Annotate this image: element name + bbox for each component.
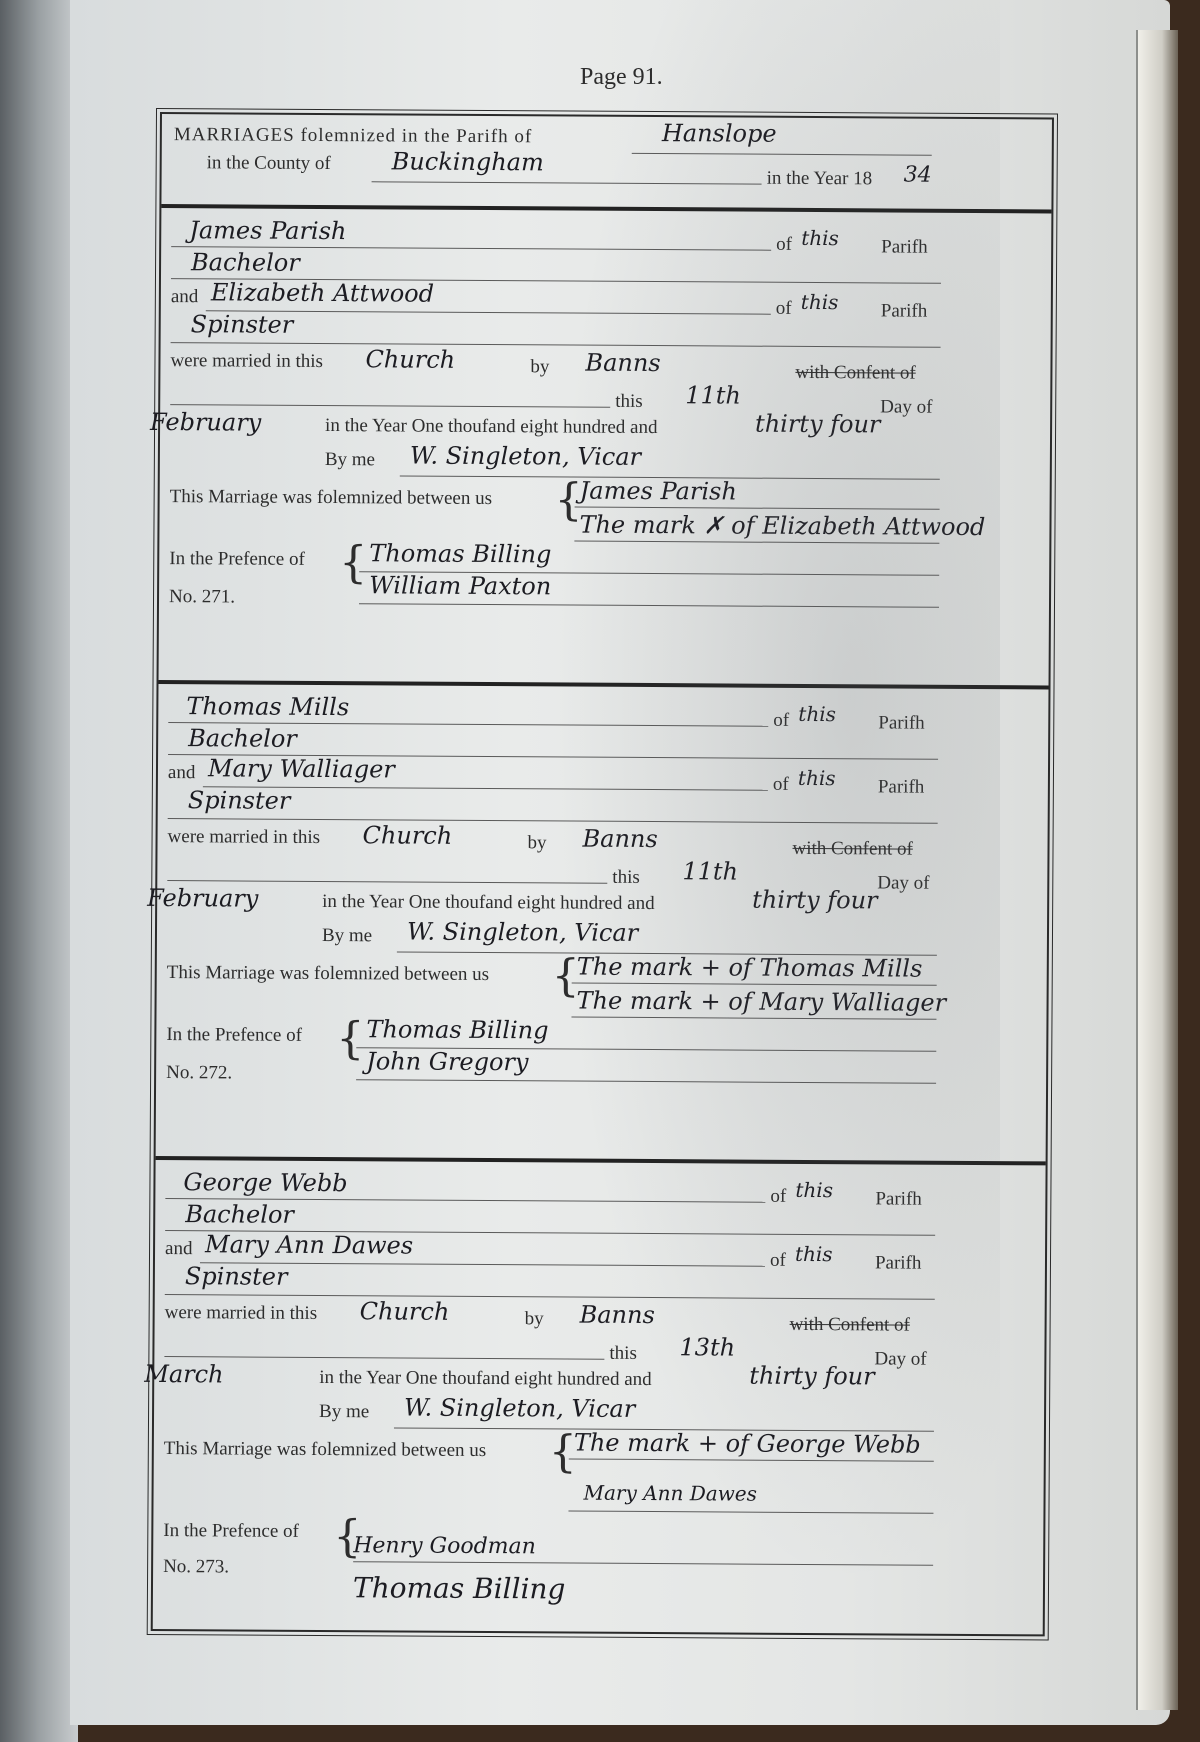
parish-label: Parifh	[875, 1188, 922, 1210]
facing-page-edge	[0, 0, 78, 1742]
bride-parish: this	[795, 1242, 833, 1266]
party-signature-1: James Parish	[580, 477, 737, 506]
groom-name: George Webb	[183, 1168, 347, 1197]
marriage-place: Church	[365, 345, 455, 374]
year-in-words: thirty four	[755, 410, 881, 439]
of-label: of	[776, 298, 792, 320]
marriage-day: 11th	[685, 381, 741, 409]
parish-label: Parifh	[881, 300, 928, 322]
with-consent-label: with Confent of	[795, 362, 915, 385]
groom-parish: this	[801, 226, 839, 250]
with-consent-label: with Confent of	[790, 1314, 910, 1337]
and-label: and	[171, 286, 199, 308]
officiant-signature: W. Singleton, Vicar	[410, 442, 641, 471]
were-married-label: were married in this	[170, 350, 323, 373]
witness-2: Thomas Billing	[353, 1571, 566, 1605]
of-label: of	[770, 1250, 786, 1272]
page-edges	[1136, 30, 1178, 1710]
marriage-entry-271: James Parish of this Parifh Bachelor and…	[159, 208, 1052, 689]
with-consent-label: with Confent of	[792, 838, 912, 861]
marriage-day: 13th	[679, 1333, 735, 1361]
bride-parish: this	[798, 766, 836, 790]
parish-label: Parifh	[881, 236, 928, 258]
entry-number: No. 273.	[163, 1556, 229, 1578]
year-in-words: thirty four	[752, 886, 878, 915]
by-me-label: By me	[319, 1401, 369, 1423]
party-signature-2: Mary Ann Dawes	[584, 1481, 758, 1506]
groom-parish: this	[795, 1178, 833, 1202]
witness-2: William Paxton	[369, 571, 551, 600]
marriage-place: Church	[363, 821, 453, 850]
party-signature-1: The mark + of Thomas Mills	[577, 953, 923, 983]
marriage-method: Banns	[582, 825, 657, 853]
presence-label: In the Prefence of	[163, 1520, 299, 1543]
this-label: this	[612, 867, 640, 889]
groom-status: Bachelor	[185, 1200, 294, 1229]
marriage-method: Banns	[580, 1301, 655, 1329]
in-the-year-label: in the Year One thoufand eight hundred a…	[325, 415, 658, 439]
county-name: Buckingham	[392, 147, 544, 176]
solemnized-label: This Marriage was folemnized between us	[170, 486, 493, 510]
officiant-signature: W. Singleton, Vicar	[407, 918, 638, 947]
marriage-month: February	[147, 884, 258, 913]
presence-label: In the Prefence of	[166, 1024, 302, 1047]
entry-number: No. 271.	[169, 586, 235, 608]
by-me-label: By me	[325, 449, 375, 471]
party-signature-2: The mark ✗ of Elizabeth Attwood	[579, 511, 985, 541]
marriage-entry-272: Thomas Mills of this Parifh Bachelor and…	[156, 684, 1049, 1165]
bride-status: Spinster	[188, 786, 291, 815]
parish-label: Parifh	[875, 1252, 922, 1274]
of-label: of	[773, 774, 789, 796]
of-label: of	[773, 710, 789, 732]
parish-label: Parifh	[878, 712, 925, 734]
day-of-label: Day of	[877, 872, 929, 894]
bride-name: Elizabeth Attwood	[211, 278, 434, 307]
by-label: by	[527, 832, 546, 854]
groom-status: Bachelor	[191, 248, 300, 277]
witness-1: Henry Goodman	[353, 1533, 536, 1559]
marriage-method: Banns	[585, 349, 660, 377]
solemnized-label: This Marriage was folemnized between us	[167, 962, 490, 986]
groom-parish: this	[798, 702, 836, 726]
groom-name: Thomas Mills	[186, 692, 349, 721]
groom-status: Bachelor	[188, 724, 297, 753]
witness-1: Thomas Billing	[366, 1015, 548, 1044]
by-label: by	[525, 1308, 544, 1330]
groom-name: James Parish	[189, 216, 346, 245]
bride-name: Mary Walliager	[208, 754, 395, 783]
bride-status: Spinster	[185, 1262, 288, 1291]
parish-name: Hanslope	[662, 119, 777, 148]
marriage-day: 11th	[682, 857, 738, 885]
presence-label: In the Prefence of	[169, 548, 305, 571]
by-label: by	[530, 356, 549, 378]
header-line-1: MARRIAGES folemnized in the Parifh of	[174, 124, 533, 148]
party-signature-1: The mark + of George Webb	[574, 1429, 921, 1459]
entry-number: No. 272.	[166, 1062, 232, 1084]
day-of-label: Day of	[880, 396, 932, 418]
and-label: and	[165, 1238, 193, 1260]
this-label: this	[615, 391, 643, 413]
register-header: MARRIAGES folemnized in the Parifh of Ha…	[161, 114, 1052, 213]
witness-2: John Gregory	[366, 1047, 528, 1076]
marriage-month: March	[144, 1360, 223, 1388]
in-the-year-label: in the Year One thoufand eight hundred a…	[319, 1367, 652, 1391]
year-label: in the Year 18	[767, 168, 873, 191]
were-married-label: were married in this	[165, 1302, 318, 1325]
bride-status: Spinster	[191, 310, 294, 339]
witness-1: Thomas Billing	[369, 539, 551, 568]
marriage-entry-273: George Webb of this Parifh Bachelor and …	[153, 1160, 1046, 1637]
this-label: this	[609, 1343, 637, 1365]
year-in-words: thirty four	[749, 1362, 875, 1391]
in-the-year-label: in the Year One thoufand eight hundred a…	[322, 891, 655, 915]
by-me-label: By me	[322, 925, 372, 947]
marriage-register-form: MARRIAGES folemnized in the Parifh of Ha…	[151, 112, 1054, 1636]
of-label: of	[770, 1186, 786, 1208]
page-number: Page 91.	[580, 64, 663, 91]
bride-parish: this	[801, 290, 839, 314]
and-label: and	[168, 762, 196, 784]
officiant-signature: W. Singleton, Vicar	[404, 1394, 635, 1423]
solemnized-label: This Marriage was folemnized between us	[164, 1438, 487, 1462]
marriage-place: Church	[360, 1297, 450, 1326]
of-label: of	[776, 234, 792, 256]
were-married-label: were married in this	[168, 826, 321, 849]
parish-label: Parifh	[878, 776, 925, 798]
party-signature-2: The mark + of Mary Walliager	[576, 987, 946, 1017]
bride-name: Mary Ann Dawes	[205, 1230, 413, 1259]
day-of-label: Day of	[874, 1348, 926, 1370]
year-suffix: 34	[904, 163, 932, 188]
marriage-month: February	[150, 408, 261, 437]
header-line-2: in the County of	[207, 152, 331, 175]
